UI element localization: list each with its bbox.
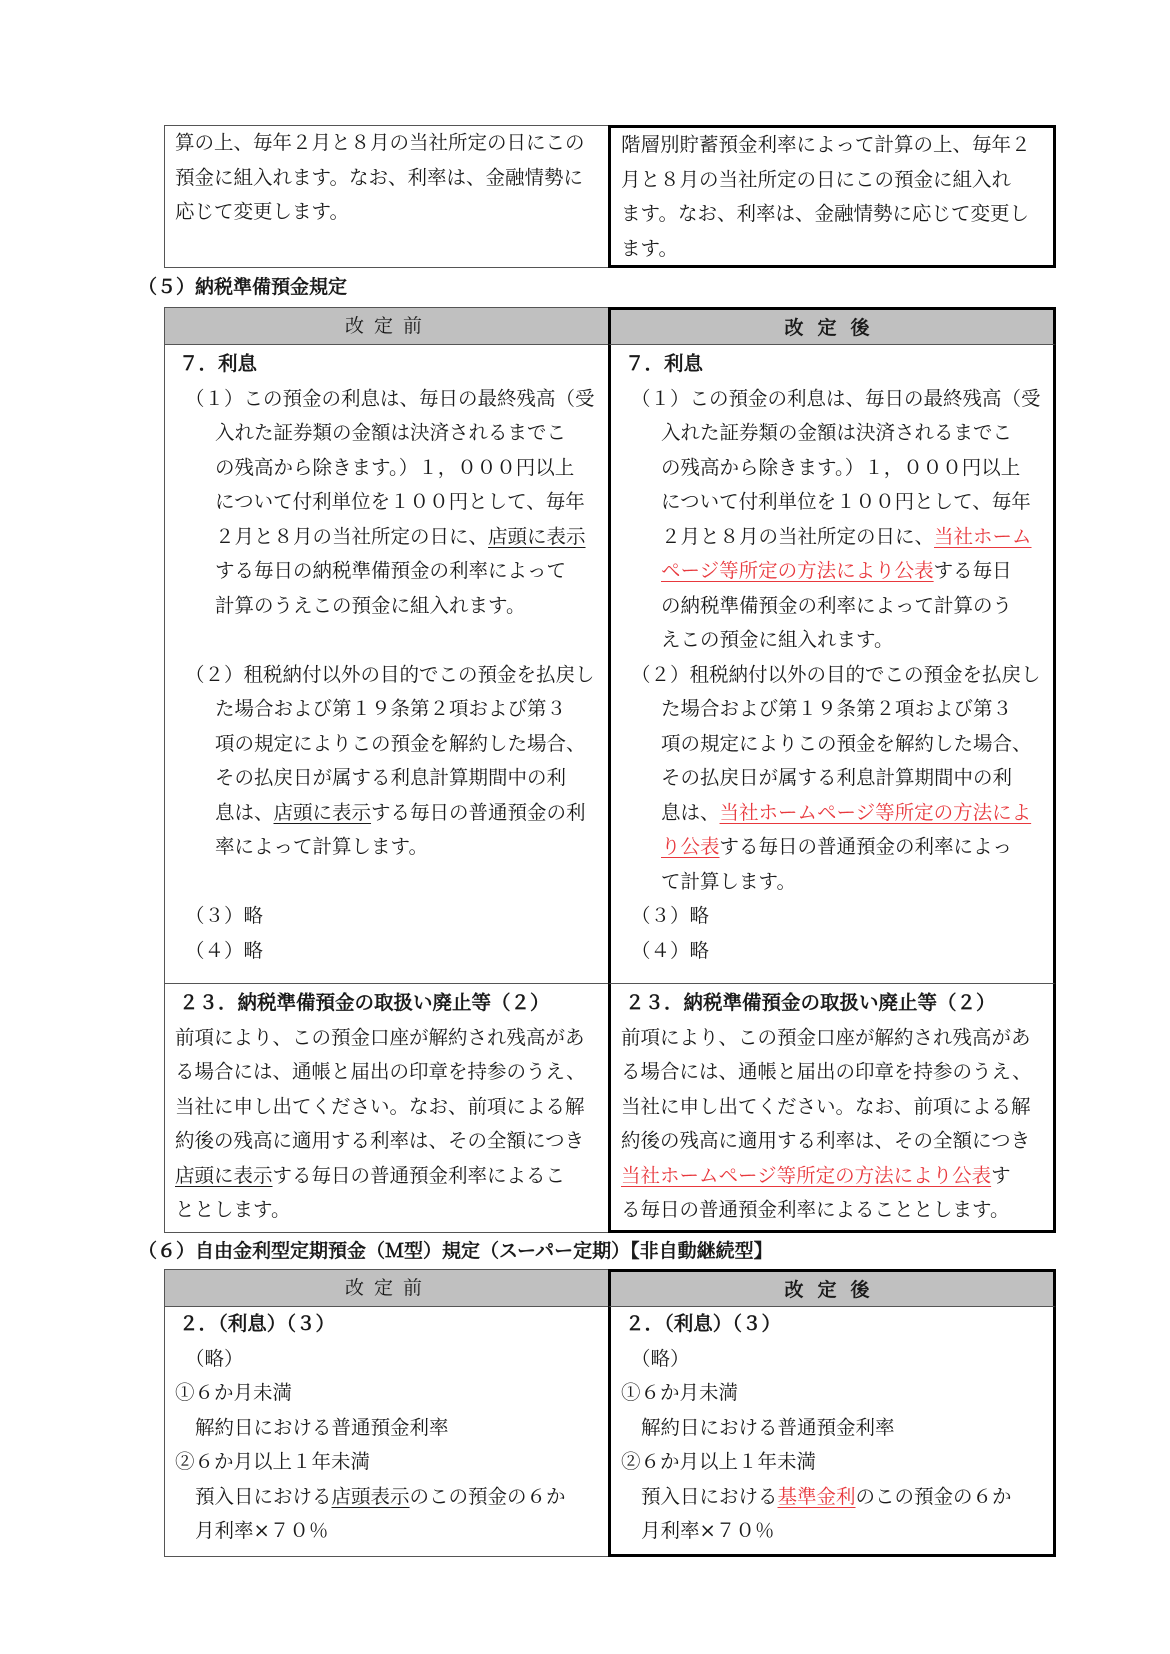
changed-text: 当社ホームページ等所定の方法によ [720,801,1032,824]
text-line: 約後の残高に適用する利率は、その全額につき [621,1124,1047,1159]
text-line: 率によって計算します。 [175,830,602,865]
article-title: ２３．納税準備預金の取扱い廃止等（２） [621,986,1047,1021]
item-4-line: （４）略 [175,934,602,969]
text-line: 息は、店頭に表示する毎日の普通預金の利 [175,796,602,831]
item-3-line: （３）略 [175,899,602,934]
item-4-line: （４）略 [621,934,1047,969]
text-line: ①６か月未満 [175,1376,602,1411]
item-1-line: （１）この預金の利息は、毎日の最終残高（受 [175,382,602,417]
table-row-article23: ２３．納税準備預金の取扱い廃止等（２） 前項により、この預金口座が解約され残高が… [164,984,1056,1233]
text-line: の残高から除きます。）１，０００円以上 [175,451,602,486]
changed-text: 当社ホーム [934,525,1032,548]
text-line: 当社に申し出てください。なお、前項による解 [621,1090,1047,1125]
article-title: ７．利息 [175,347,602,382]
text-line: 約後の残高に適用する利率は、その全額につき [175,1124,602,1159]
marked-text: 店頭に表示 [488,525,586,548]
text-line: る毎日の普通預金利率によることとします。 [621,1193,1047,1228]
text-line: 算の上、毎年２月と８月の当社所定の日にこの [175,126,602,161]
text-line: 月利率×７０％ [175,1514,602,1549]
text-line: 階層別貯蓄預金利率によって計算の上、毎年２ [621,128,1047,163]
table-continuation: 算の上、毎年２月と８月の当社所定の日にこの 預金に組入れます。なお、利率は、金融… [164,125,1056,268]
text-line: た場合および第１９条第２項および第３ [175,692,602,727]
cell-after: 階層別貯蓄預金利率によって計算の上、毎年２ 月と８月の当社所定の日にこの預金に組… [608,125,1056,268]
text-line: る場合には、通帳と届出の印章を持参のうえ、 [175,1055,602,1090]
text-line: ２月と８月の当社所定の日に、当社ホーム [621,520,1047,555]
article-title: ２３．納税準備預金の取扱い廃止等（２） [175,986,602,1021]
text-line: た場合および第１９条第２項および第３ [621,692,1047,727]
text-line: 預入日における基準金利のこの預金の６か [621,1480,1047,1515]
text-line: ます。なお、利率は、金融情勢に応じて変更し [621,197,1047,232]
text-line: の納税準備預金の利率によって計算のう [621,589,1047,624]
text-line: について付利単位を１００円として、毎年 [175,485,602,520]
text-line: 息は、当社ホームページ等所定の方法によ [621,796,1047,831]
section-heading-5: （５）納税準備預金規定 [138,272,347,299]
text-line: 項の規定によりこの預金を解約した場合、 [175,727,602,762]
text-line: 入れた証券類の金額は決済されるまでこ [621,416,1047,451]
text-line: 応じて変更します。 [175,195,602,230]
text-line: 解約日における普通預金利率 [175,1411,602,1446]
changed-text: ページ等所定の方法により公表 [661,559,934,582]
item-1-line: （１）この預金の利息は、毎日の最終残高（受 [621,382,1047,417]
header-after: 改定後 [608,1269,1056,1307]
text-line: 当社に申し出てください。なお、前項による解 [175,1090,602,1125]
article-title: ７．利息 [621,347,1047,382]
text-line: る場合には、通帳と届出の印章を持参のうえ、 [621,1055,1047,1090]
item-3-line: （３）略 [621,899,1047,934]
marked-text: 店頭に表示 [175,1164,273,1187]
marked-text: 店頭に表示 [274,801,372,824]
text-line: て計算します。 [621,865,1047,900]
article-title: ２．（利息）（３） [621,1307,1047,1342]
table-header-row: 改定前 改定後 [164,1269,1056,1307]
marked-text: 店頭表示 [332,1485,410,1508]
text-line: （略） [621,1342,1047,1377]
item-2-line: （２）租税納付以外の目的でこの預金を払戻し [621,658,1047,693]
text-line: 項の規定によりこの預金を解約した場合、 [621,727,1047,762]
header-before: 改定前 [164,307,608,345]
text-line: ます。 [621,232,1047,267]
article-title: ２．（利息）（３） [175,1307,602,1342]
changed-text: 当社ホームページ等所定の方法により公表 [621,1164,991,1187]
text-line: 計算のうえこの預金に組入れます。 [175,589,602,624]
text-line: 当社ホームページ等所定の方法により公表す [621,1159,1047,1194]
text-line: （略） [175,1342,602,1377]
table-row-article2: ２．（利息）（３） （略） ①６か月未満 解約日における普通預金利率 ②６か月以… [164,1307,1056,1557]
text-line: 入れた証券類の金額は決済されるまでこ [175,416,602,451]
cell-before: 算の上、毎年２月と８月の当社所定の日にこの 預金に組入れます。なお、利率は、金融… [164,125,608,268]
text-line: 月と８月の当社所定の日にこの預金に組入れ [621,163,1047,198]
text-line: ②６か月以上１年未満 [621,1445,1047,1480]
table-section6: 改定前 改定後 ２．（利息）（３） （略） ①６か月未満 解約日における普通預金… [164,1269,1056,1557]
text-line: 前項により、この預金口座が解約され残高があ [621,1021,1047,1056]
cell-before: ２３．納税準備預金の取扱い廃止等（２） 前項により、この預金口座が解約され残高が… [164,984,608,1233]
text-line: 店頭に表示する毎日の普通預金利率によるこ [175,1159,602,1194]
header-before: 改定前 [164,1269,608,1307]
text-line: 月利率×７０％ [621,1514,1047,1549]
text-line: ２月と８月の当社所定の日に、店頭に表示 [175,520,602,555]
text-line: 解約日における普通預金利率 [621,1411,1047,1446]
text-line: する毎日の納税準備預金の利率によって [175,554,602,589]
table-section5: 改定前 改定後 ７．利息 （１）この預金の利息は、毎日の最終残高（受 入れた証券… [164,307,1056,1233]
changed-text: り公表 [661,835,720,858]
text-line: えこの預金に組入れます。 [621,623,1047,658]
table-header-row: 改定前 改定後 [164,307,1056,345]
header-after: 改定後 [608,307,1056,345]
cell-before: ２．（利息）（３） （略） ①６か月未満 解約日における普通預金利率 ②６か月以… [164,1307,608,1557]
text-line: 預入日における店頭表示のこの預金の６か [175,1480,602,1515]
text-line: ページ等所定の方法により公表する毎日 [621,554,1047,589]
cell-after: ２３．納税準備預金の取扱い廃止等（２） 前項により、この預金口座が解約され残高が… [608,984,1056,1233]
cell-after: ７．利息 （１）この預金の利息は、毎日の最終残高（受 入れた証券類の金額は決済さ… [608,345,1056,984]
table-row-article7: ７．利息 （１）この預金の利息は、毎日の最終残高（受 入れた証券類の金額は決済さ… [164,345,1056,984]
text-line: り公表する毎日の普通預金の利率によっ [621,830,1047,865]
section-heading-6: （６）自由金利型定期預金（Ｍ型）規定（スーパー定期）【非自動継続型】 [138,1236,773,1263]
cell-before: ７．利息 （１）この預金の利息は、毎日の最終残高（受 入れた証券類の金額は決済さ… [164,345,608,984]
item-2-line: （２）租税納付以外の目的でこの預金を払戻し [175,658,602,693]
changed-text: 基準金利 [778,1485,856,1508]
text-line: その払戻日が属する利息計算期間中の利 [175,761,602,796]
text-line: 預金に組入れます。なお、利率は、金融情勢に [175,161,602,196]
text-line: ②６か月以上１年未満 [175,1445,602,1480]
text-line: について付利単位を１００円として、毎年 [621,485,1047,520]
text-line: の残高から除きます。）１，０００円以上 [621,451,1047,486]
text-line: ととします。 [175,1193,602,1228]
cell-after: ２．（利息）（３） （略） ①６か月未満 解約日における普通預金利率 ②６か月以… [608,1307,1056,1557]
text-line: ①６か月未満 [621,1376,1047,1411]
text-line: その払戻日が属する利息計算期間中の利 [621,761,1047,796]
text-line: 前項により、この預金口座が解約され残高があ [175,1021,602,1056]
